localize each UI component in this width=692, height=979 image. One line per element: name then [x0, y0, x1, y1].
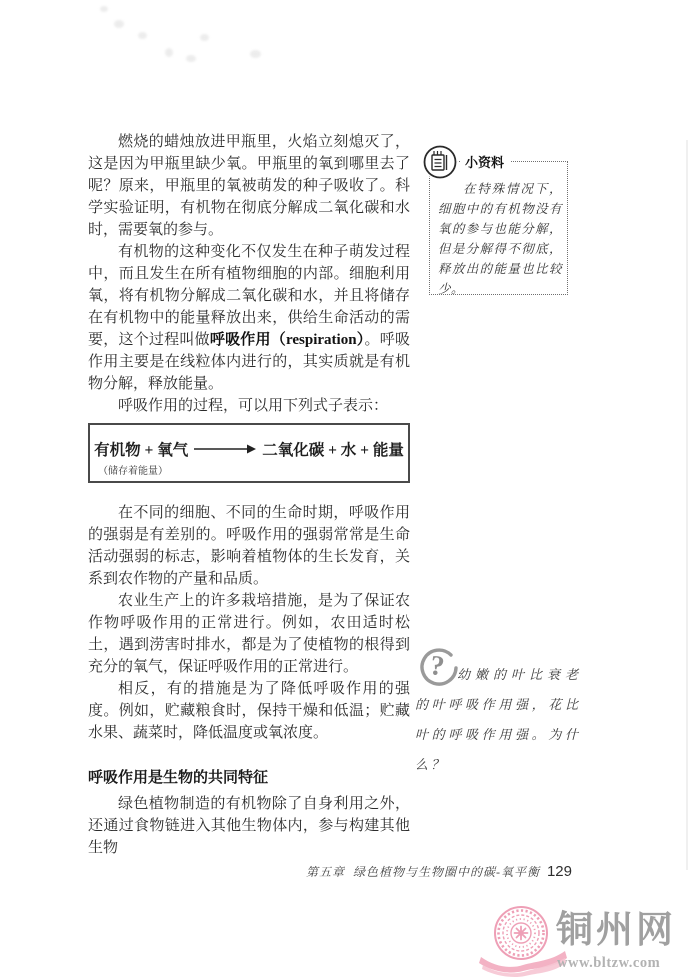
paragraph-candle-experiment: 燃烧的蜡烛放进甲瓶里，火焰立刻熄灭了，这是因为甲瓶里缺少氧。甲瓶里的氧到哪里去了…	[88, 131, 410, 241]
main-text-column: 燃烧的蜡烛放进甲瓶里，火焰立刻熄灭了，这是因为甲瓶里缺少氧。甲瓶里的氧到哪里去了…	[88, 131, 410, 859]
equation-products: 二氧化碳 + 水 + 能量	[262, 438, 404, 460]
reaction-arrow-icon	[193, 443, 257, 455]
notebook-icon	[422, 144, 458, 180]
watermark-site-name: 铜州网	[556, 911, 676, 948]
textbook-page: 燃烧的蜡烛放进甲瓶里，火焰立刻熄灭了，这是因为甲瓶里缺少氧。甲瓶里的氧到哪里去了…	[0, 0, 692, 979]
scan-smudge	[114, 20, 124, 28]
watermark-site-url: www.bltzw.com	[557, 955, 660, 972]
paragraph-storage-measures: 相反，有的措施是为了降低呼吸作用的强度。例如，贮藏粮食时，保持干燥和低温；贮藏水…	[88, 678, 410, 744]
chapter-label: 第五章	[306, 865, 345, 879]
side-note-title: 小资料	[461, 152, 511, 171]
paragraph-respiration-definition: 有机物的这种变化不仅发生在种子萌发过程中，而且发生在所有植物细胞的内部。细胞利用…	[88, 241, 410, 395]
side-note-box: 小资料 在特殊情况下，细胞中的有机物没有氧的参与也能分解，但是分解得不彻底，释放…	[429, 161, 568, 295]
respiration-equation-box: 有机物 + 氧气 二氧化碳 + 水 + 能量 （储存着能量）	[88, 423, 410, 483]
scan-smudge	[100, 6, 108, 12]
key-term-respiration: 呼吸作用（respiration）	[210, 332, 365, 348]
svg-text:?: ?	[428, 650, 446, 683]
equation-reactants: 有机物 + 氧气	[94, 438, 188, 460]
question-mark-icon: ?	[415, 643, 461, 691]
scan-smudge	[250, 50, 261, 58]
page-footer: 第五章绿色植物与生物圈中的碳-氧平衡129	[290, 863, 572, 880]
paragraph-equation-lead: 呼吸作用的过程，可以用下列式子表示：	[88, 395, 410, 417]
scan-smudge	[165, 48, 173, 57]
chapter-title: 绿色植物与生物圈中的碳-氧平衡	[353, 865, 540, 879]
page-number: 129	[547, 863, 572, 880]
scan-smudge	[138, 32, 147, 39]
paragraph-respiration-strength: 在不同的细胞、不同的生命时期，呼吸作用的强弱是有差别的。呼吸作用的强弱常常是生命…	[88, 502, 410, 590]
scan-smudge	[200, 34, 209, 41]
equation-note-stored-energy: （储存着能量）	[98, 462, 168, 477]
section-heading: 呼吸作用是生物的共同特征	[88, 767, 410, 789]
respiration-equation: 有机物 + 氧气 二氧化碳 + 水 + 能量	[90, 438, 408, 460]
think-question-block: ? 幼嫩的叶比衰老的叶呼吸作用强，花比叶的呼吸作用强。为什么？	[415, 641, 581, 780]
site-watermark: 铜州网 www.bltzw.com	[477, 901, 692, 979]
scan-smudge	[186, 55, 196, 62]
side-note-text: 在特殊情况下，细胞中的有机物没有氧的参与也能分解，但是分解得不彻底，释放出的能量…	[430, 162, 567, 299]
paragraph-common-feature: 绿色植物制造的有机物除了自身利用之外，还通过食物链进入其他生物体内，参与构建其他…	[88, 793, 410, 859]
paragraph-farming-measures: 农业生产上的许多栽培措施，是为了保证农作物呼吸作用的正常进行。例如，农田适时松土…	[88, 590, 410, 678]
scan-edge-line	[686, 140, 688, 870]
